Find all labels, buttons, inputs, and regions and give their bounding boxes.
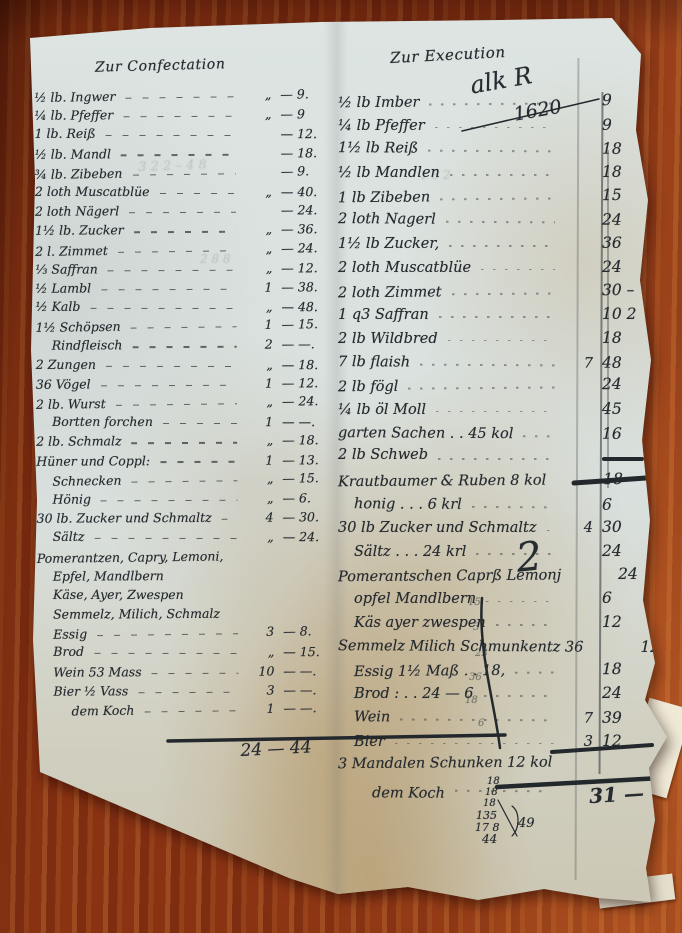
heavy-dash (574, 478, 646, 483)
year-strike-line (462, 99, 599, 131)
schunken-underline (497, 778, 661, 787)
curved-stroke (481, 598, 500, 748)
left-sum-line (168, 735, 505, 741)
manuscript-page: Zur Confectation Zur Execution ½ lb. Ing… (0, 0, 682, 933)
paper-shadow-wrap: Zur Confectation Zur Execution ½ lb. Ing… (0, 0, 682, 933)
ink-strokes-layer (0, 0, 682, 933)
right-sum-line (552, 745, 652, 752)
photograph-of-manuscript: Zur Confectation Zur Execution ½ lb. Ing… (0, 0, 682, 933)
arith-brace (512, 806, 518, 836)
arith-slash (498, 800, 517, 836)
